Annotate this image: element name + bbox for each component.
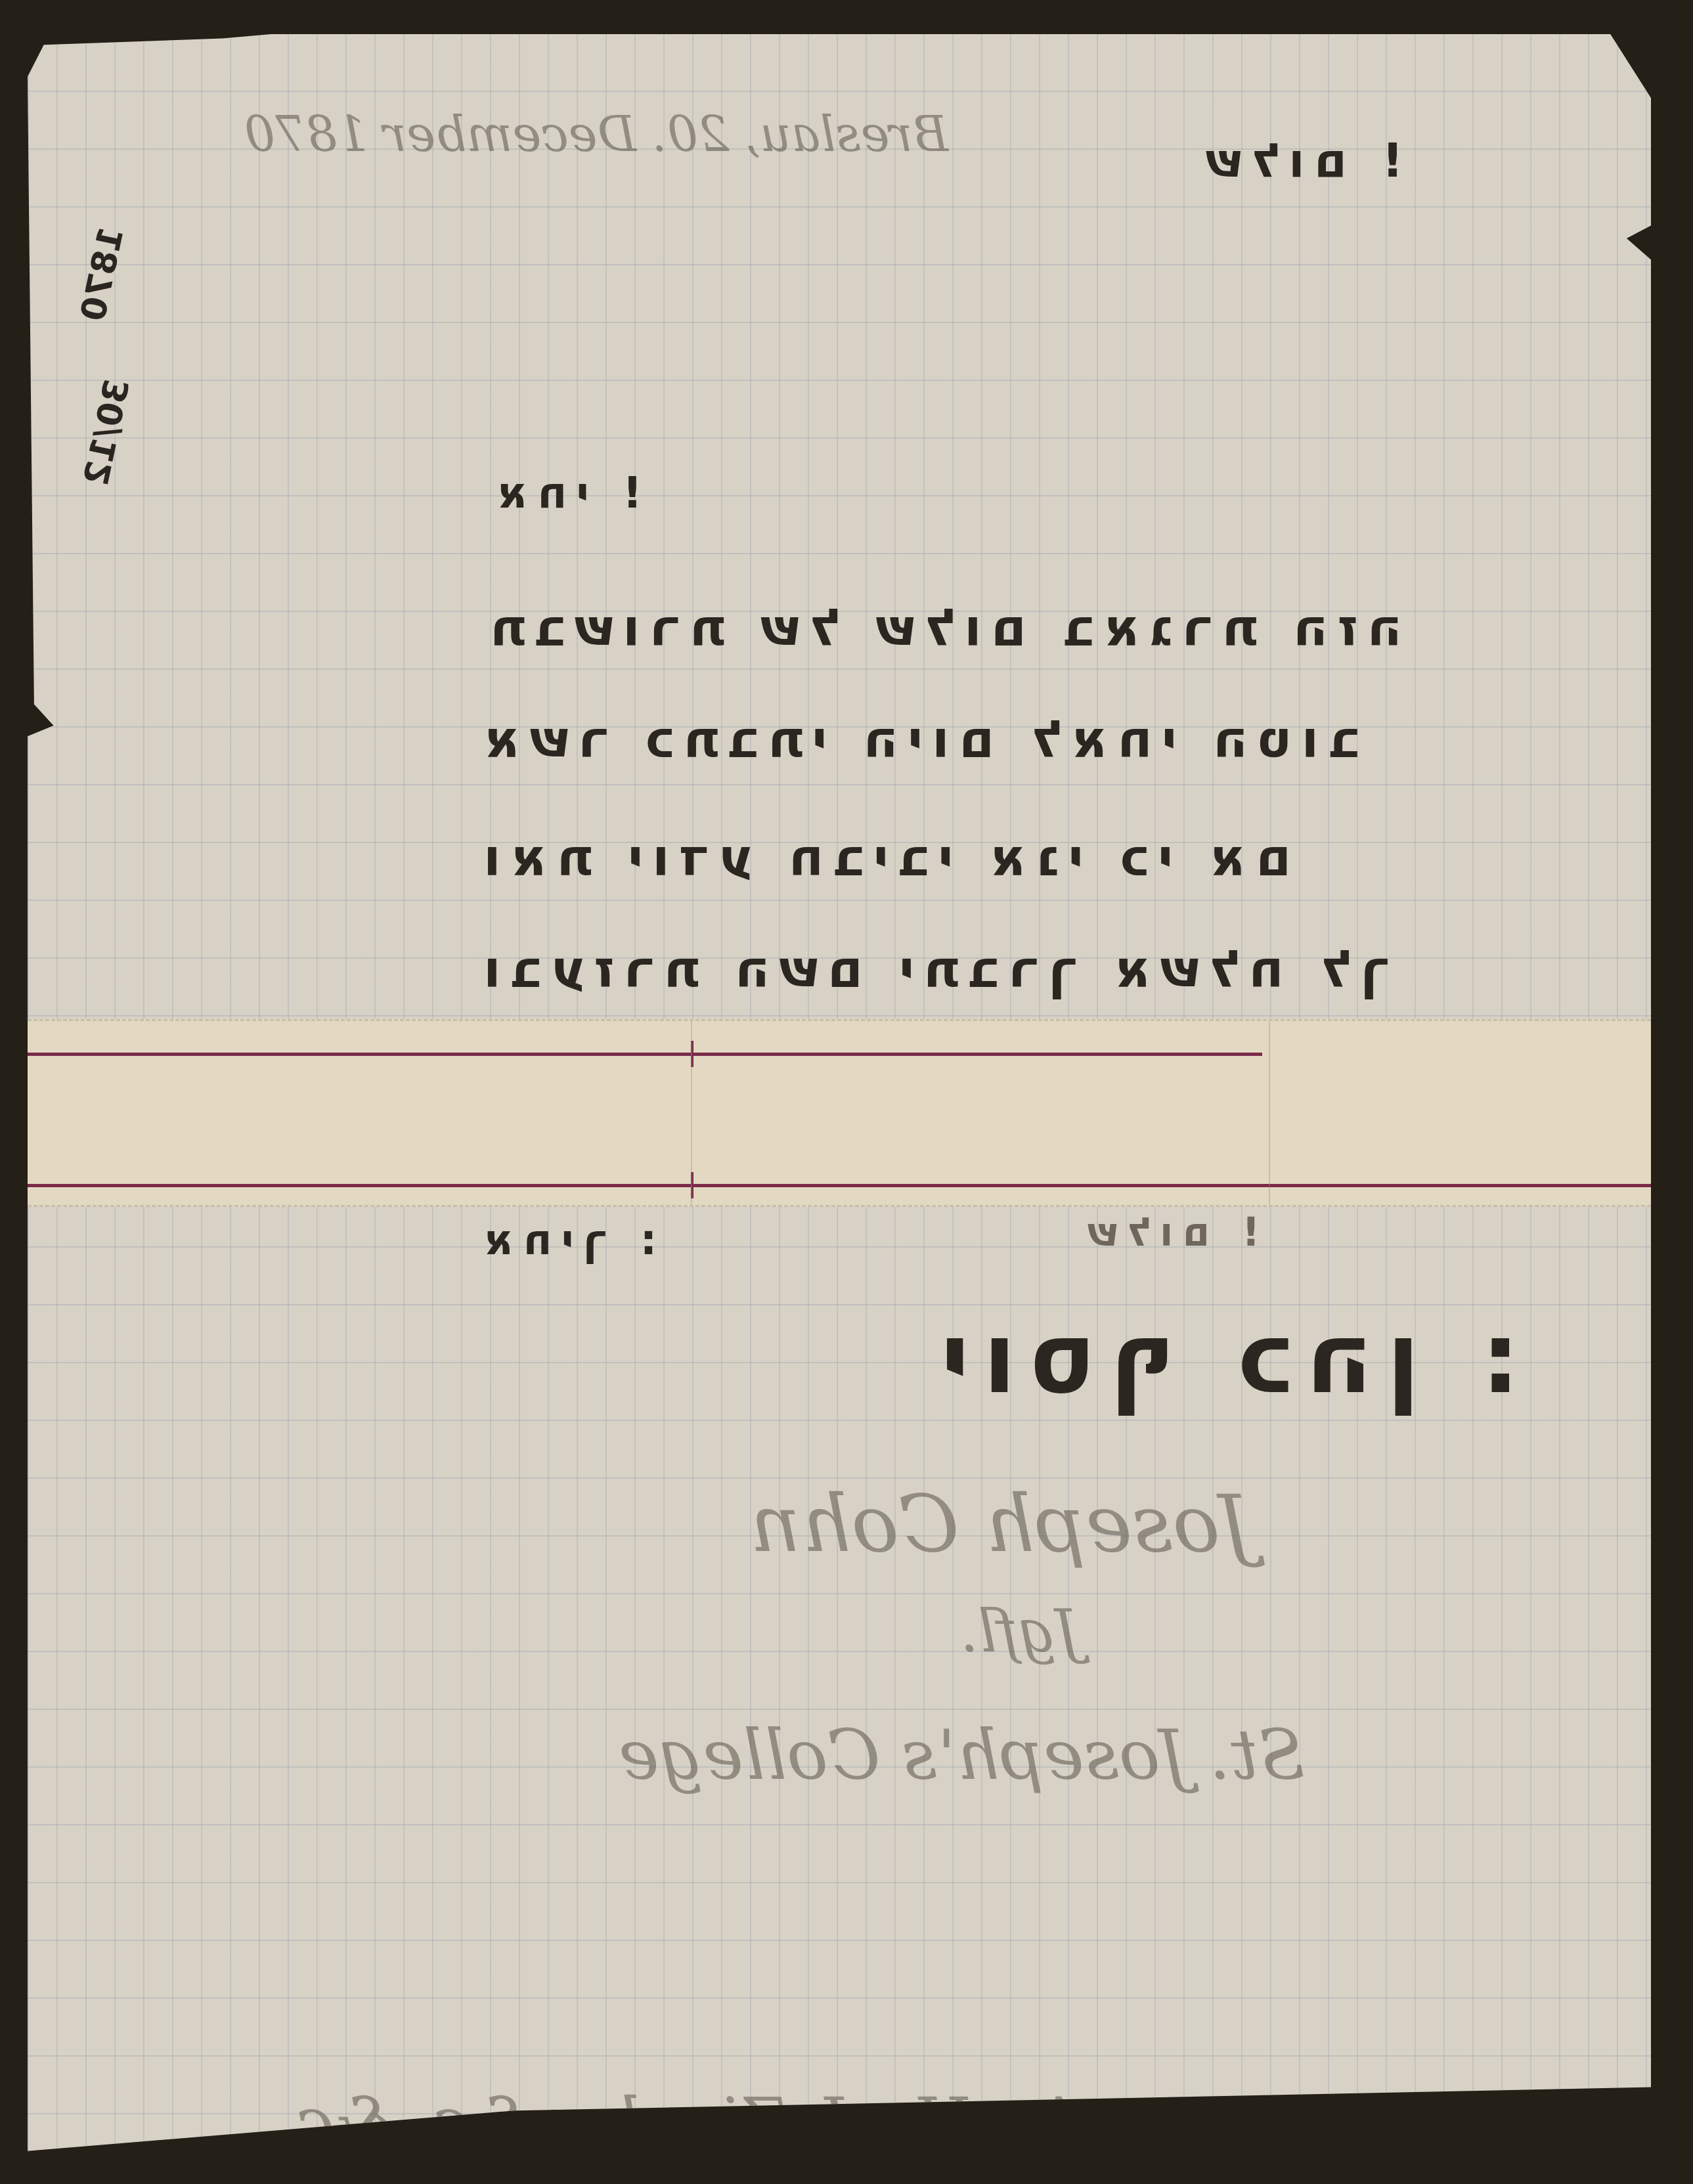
strip-seam xyxy=(691,1021,692,1205)
mirrored-closing-sign: אחיך : xyxy=(474,1216,657,1265)
mirrored-signature-sub: Jgfl. xyxy=(960,1597,1080,1666)
strip-rule-top xyxy=(28,1053,1262,1056)
mirrored-dateline: Breslau, 20. December 1870 xyxy=(244,106,948,163)
mirrored-closing-greeting: שלום ! xyxy=(1078,1210,1260,1256)
strip-rule-bottom xyxy=(28,1184,1651,1187)
mirrored-greeting-top: שלום ! xyxy=(1197,133,1403,188)
document-page: 1870 30/12 Breslau, 20. December 1870 של… xyxy=(28,34,1651,2162)
mirrored-institution: St. Joseph's College xyxy=(619,1715,1305,1795)
mirrored-line-1: תבשורת של שלום באגרת הזה xyxy=(481,599,1402,658)
repair-strip xyxy=(28,1019,1651,1207)
margin-date-annotation: 30/12 xyxy=(77,376,138,489)
mirrored-salutation: אחי ! xyxy=(487,468,642,518)
strip-seam xyxy=(1269,1021,1270,1205)
mirrored-address: An Hr. J. Ziegler &c. &c. xyxy=(277,2083,1087,2160)
mirrored-signature-name: Joseph Cohn xyxy=(750,1479,1252,1570)
mirrored-large-signature: יוסף כהן : xyxy=(927,1301,1520,1416)
margin-year-annotation: 1870 xyxy=(74,223,132,324)
mirrored-line-2: אשר כתבתי היום לאחי הטוב xyxy=(474,710,1359,770)
mirrored-line-3: ואת יודע חביבי אני כי אם xyxy=(474,829,1291,888)
mirrored-line-4: ובעזרת השם יתברך אשלח לך xyxy=(474,940,1390,999)
